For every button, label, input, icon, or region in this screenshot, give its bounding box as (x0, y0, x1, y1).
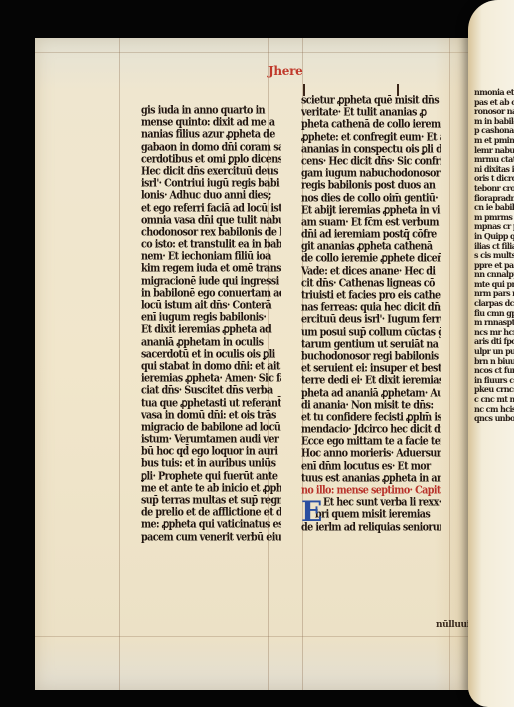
ruling-line-left-margin (119, 38, 120, 690)
decorated-initial: E (301, 500, 323, 524)
text-column-b: scietur ꝓpheta quē misit dn̄s i veritate… (301, 95, 441, 534)
ruling-line-top (35, 52, 480, 53)
next-leaf-text: nmonia et ab lo pas et ab omne ronosor n… (474, 88, 514, 424)
text-column-a: gis iuda in anno quarto in mense quinto:… (141, 105, 281, 544)
next-leaf-curled: nmonia et ab lo pas et ab omne ronosor n… (468, 0, 514, 707)
ruling-line-bottom (35, 636, 480, 637)
running-head: Jhere (268, 64, 303, 78)
ruling-line-right-margin (449, 38, 450, 690)
text-line: pacem cum venerit verbū eius: (141, 531, 281, 544)
text-line: qncs unbol (474, 414, 514, 424)
